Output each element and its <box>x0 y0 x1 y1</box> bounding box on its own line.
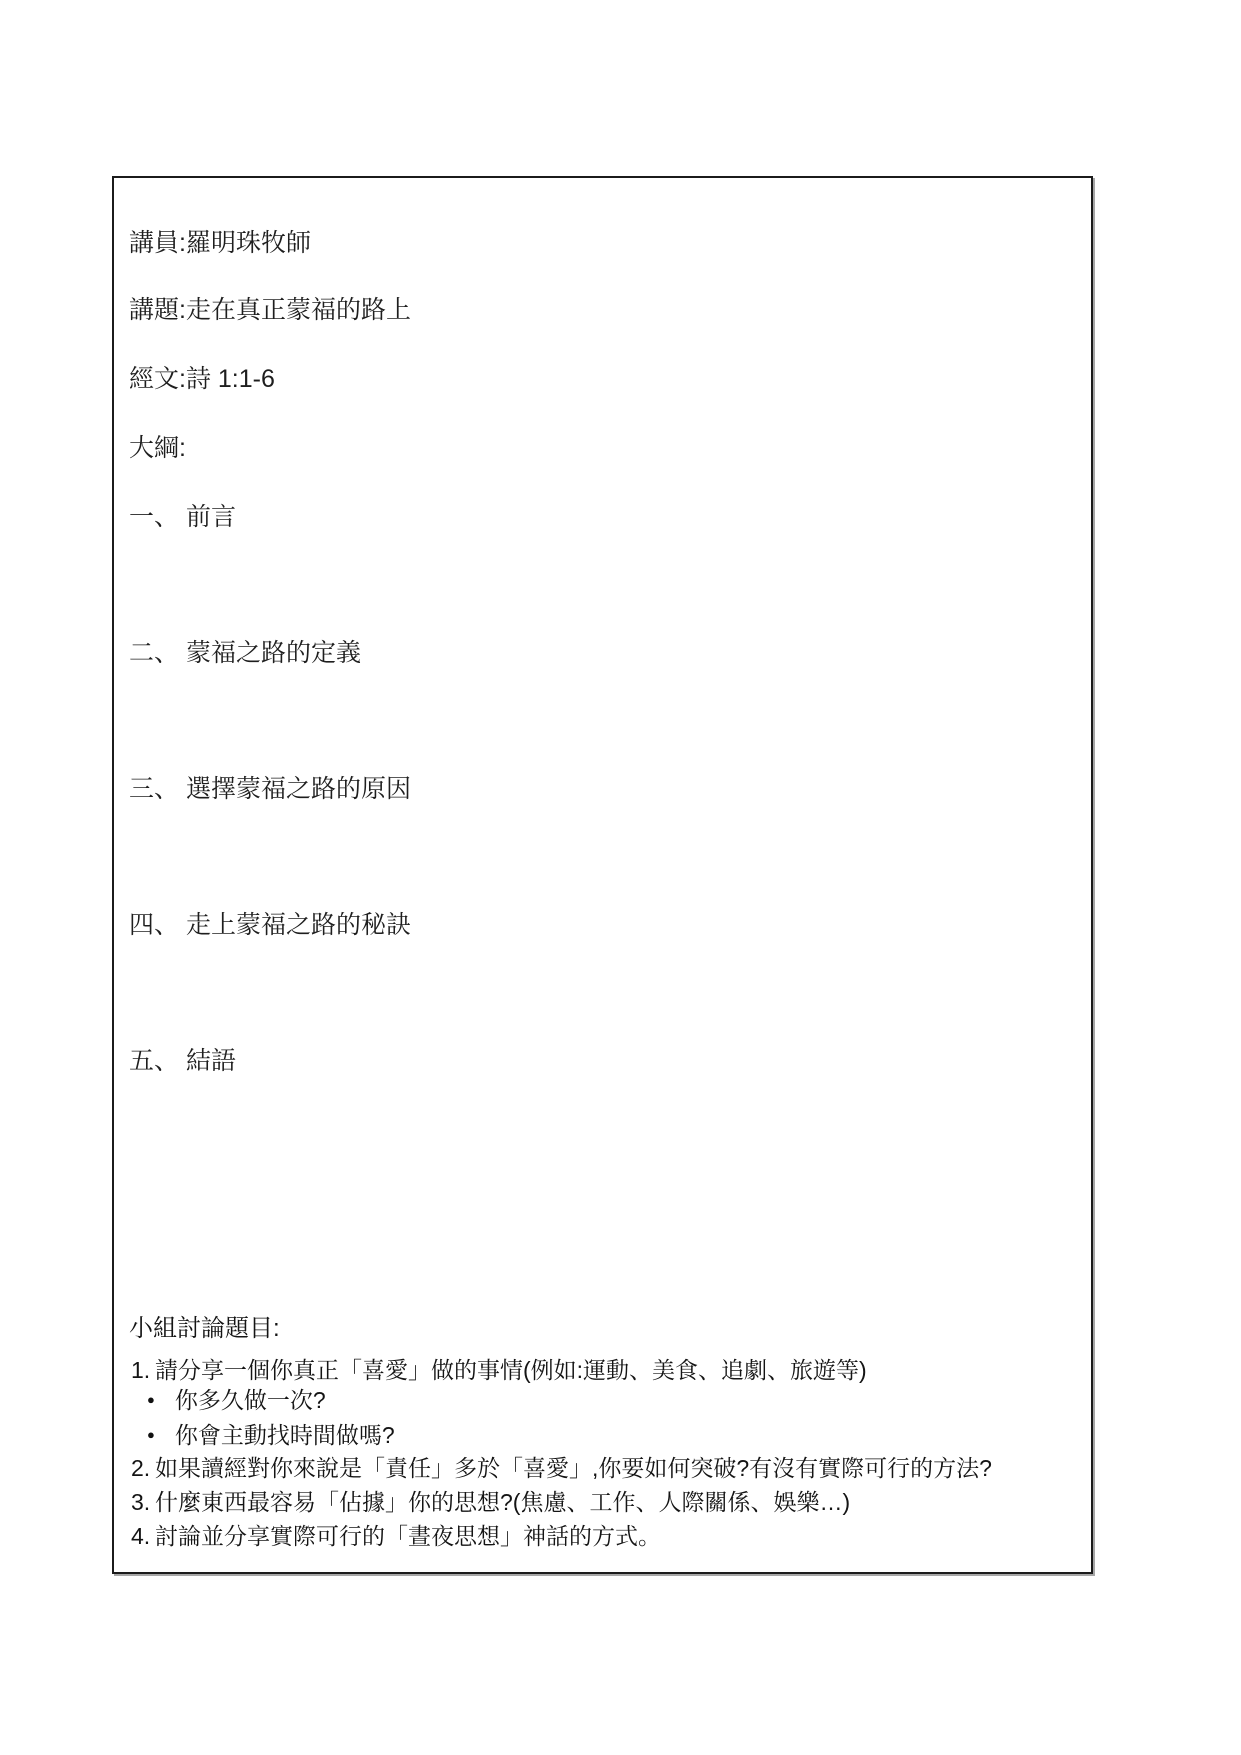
document-border-box: 講員:羅明珠牧師 講題:走在真正蒙福的路上 經文:詩 1:1-6 大綱: 一、前… <box>112 176 1093 1574</box>
discussion-question-2: 2.如果讀經對你來說是「責任」多於「喜愛」,你要如何突破?有沒有實際可行的方法? <box>131 1453 992 1483</box>
outline-item-1: 一、前言 <box>129 500 236 534</box>
discussion-question-4: 4.討論並分享實際可行的「晝夜思想」神話的方式。 <box>131 1521 661 1551</box>
discussion-question-3-number: 3. <box>131 1487 155 1517</box>
outline-item-4: 四、走上蒙福之路的秘訣 <box>129 908 411 942</box>
outline-item-4-title: 走上蒙福之路的秘訣 <box>186 911 411 939</box>
outline-item-5-number: 五、 <box>129 1044 186 1078</box>
discussion-question-1-text: 請分享一個你真正「喜愛」做的事情(例如:運動、美食、追劇、旅遊等) <box>155 1357 867 1383</box>
outline-item-1-title: 前言 <box>186 503 236 531</box>
outline-item-3-number: 三、 <box>129 772 186 806</box>
discussion-question-1: 1.請分享一個你真正「喜愛」做的事情(例如:運動、美食、追劇、旅遊等) <box>131 1355 867 1385</box>
discussion-question-1-bullet-1: ●你多久做一次? <box>147 1385 326 1415</box>
outline-item-1-number: 一、 <box>129 500 186 534</box>
outline-item-5: 五、結語 <box>129 1044 236 1078</box>
discussion-question-2-number: 2. <box>131 1453 155 1483</box>
discussion-question-3-text: 什麼東西最容易「佔據」你的思想?(焦慮、工作、人際關係、娛樂…) <box>155 1489 850 1515</box>
outline-item-5-title: 結語 <box>186 1047 236 1075</box>
outline-item-2-number: 二、 <box>129 636 186 670</box>
outline-item-2-title: 蒙福之路的定義 <box>186 639 361 667</box>
discussion-question-4-text: 討論並分享實際可行的「晝夜思想」神話的方式。 <box>155 1523 661 1549</box>
discussion-question-1-bullet-2: ●你會主動找時間做嗎? <box>147 1420 395 1450</box>
scripture-line: 經文:詩 1:1-6 <box>129 362 275 396</box>
discussion-title: 小組討論題目: <box>129 1314 280 1344</box>
discussion-question-1-bullet-2-text: 你會主動找時間做嗎? <box>175 1420 395 1450</box>
outline-item-3: 三、選擇蒙福之路的原因 <box>129 772 411 806</box>
discussion-question-1-bullet-1-text: 你多久做一次? <box>175 1385 326 1415</box>
discussion-question-4-number: 4. <box>131 1521 155 1551</box>
outline-item-3-title: 選擇蒙福之路的原因 <box>186 775 411 803</box>
document-page: 講員:羅明珠牧師 講題:走在真正蒙福的路上 經文:詩 1:1-6 大綱: 一、前… <box>0 0 1241 1755</box>
discussion-question-2-text: 如果讀經對你來說是「責任」多於「喜愛」,你要如何突破?有沒有實際可行的方法? <box>155 1455 992 1481</box>
outline-item-2: 二、蒙福之路的定義 <box>129 636 361 670</box>
discussion-question-1-number: 1. <box>131 1355 155 1385</box>
speaker-line: 講員:羅明珠牧師 <box>129 226 311 260</box>
topic-line: 講題:走在真正蒙福的路上 <box>129 293 411 327</box>
outline-item-4-number: 四、 <box>129 908 186 942</box>
bullet-icon: ● <box>147 1420 155 1450</box>
discussion-question-3: 3.什麼東西最容易「佔據」你的思想?(焦慮、工作、人際關係、娛樂…) <box>131 1487 850 1517</box>
bullet-icon: ● <box>147 1385 155 1415</box>
outline-label-line: 大綱: <box>129 431 186 465</box>
